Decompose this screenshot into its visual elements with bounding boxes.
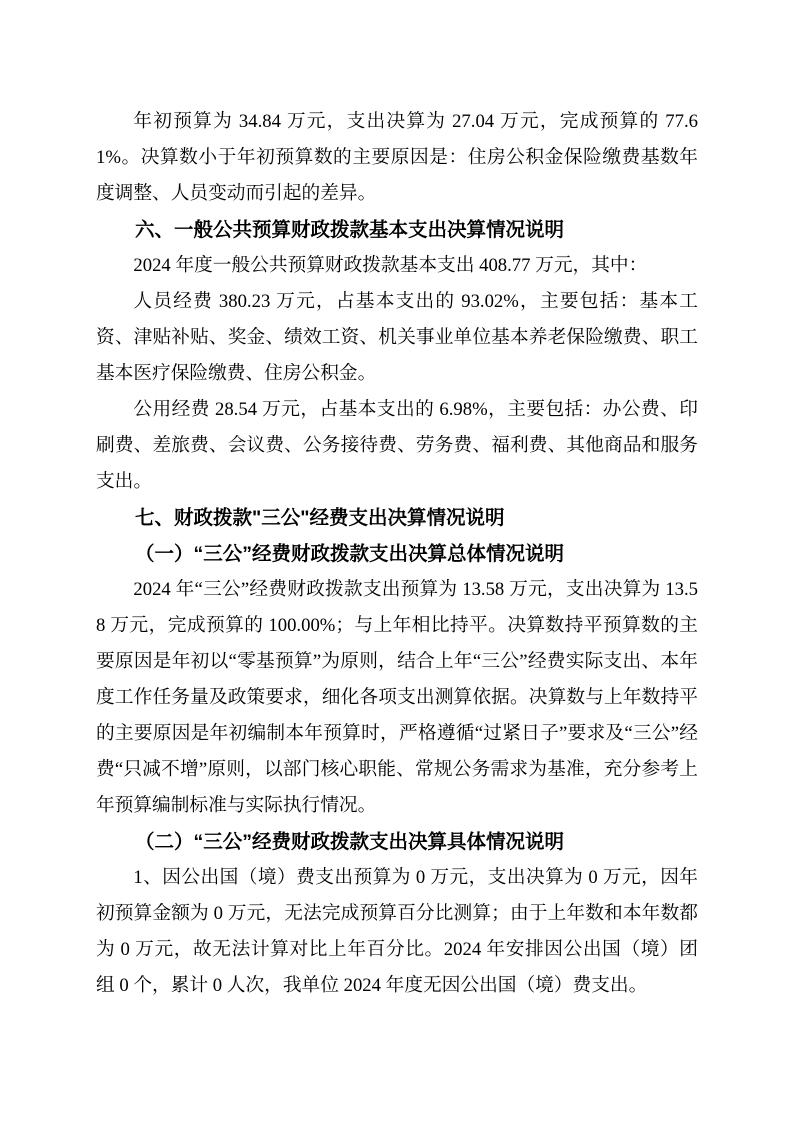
paragraph-personnel-funds: 人员经费 380.23 万元，占基本支出的 93.02%，主要包括：基本工资、津… (96, 284, 698, 392)
heading-section-seven: 七、财政拨款"三公"经费支出决算情况说明 (96, 500, 698, 536)
document-page: 年初预算为 34.84 万元，支出决算为 27.04 万元，完成预算的 77.6… (0, 0, 793, 1122)
paragraph-housing-fund-budget: 年初预算为 34.84 万元，支出决算为 27.04 万元，完成预算的 77.6… (96, 104, 698, 212)
paragraph-overseas-trips: 1、因公出国（境）费支出预算为 0 万元，支出决算为 0 万元，因年初预算金额为… (96, 860, 698, 1004)
heading-subsection-one: （一）“三公”经费财政拨款支出决算总体情况说明 (96, 536, 698, 572)
paragraph-three-public-overall: 2024 年“三公”经费财政拨款支出预算为 13.58 万元，支出决算为 13.… (96, 572, 698, 824)
paragraph-public-funds: 公用经费 28.54 万元，占基本支出的 6.98%，主要包括：办公费、印刷费、… (96, 392, 698, 500)
heading-section-six: 六、一般公共预算财政拨款基本支出决算情况说明 (96, 212, 698, 248)
paragraph-basic-expenditure-total: 2024 年度一般公共预算财政拨款基本支出 408.77 万元，其中： (96, 248, 698, 284)
heading-subsection-two: （二）“三公”经费财政拨款支出决算具体情况说明 (96, 824, 698, 860)
